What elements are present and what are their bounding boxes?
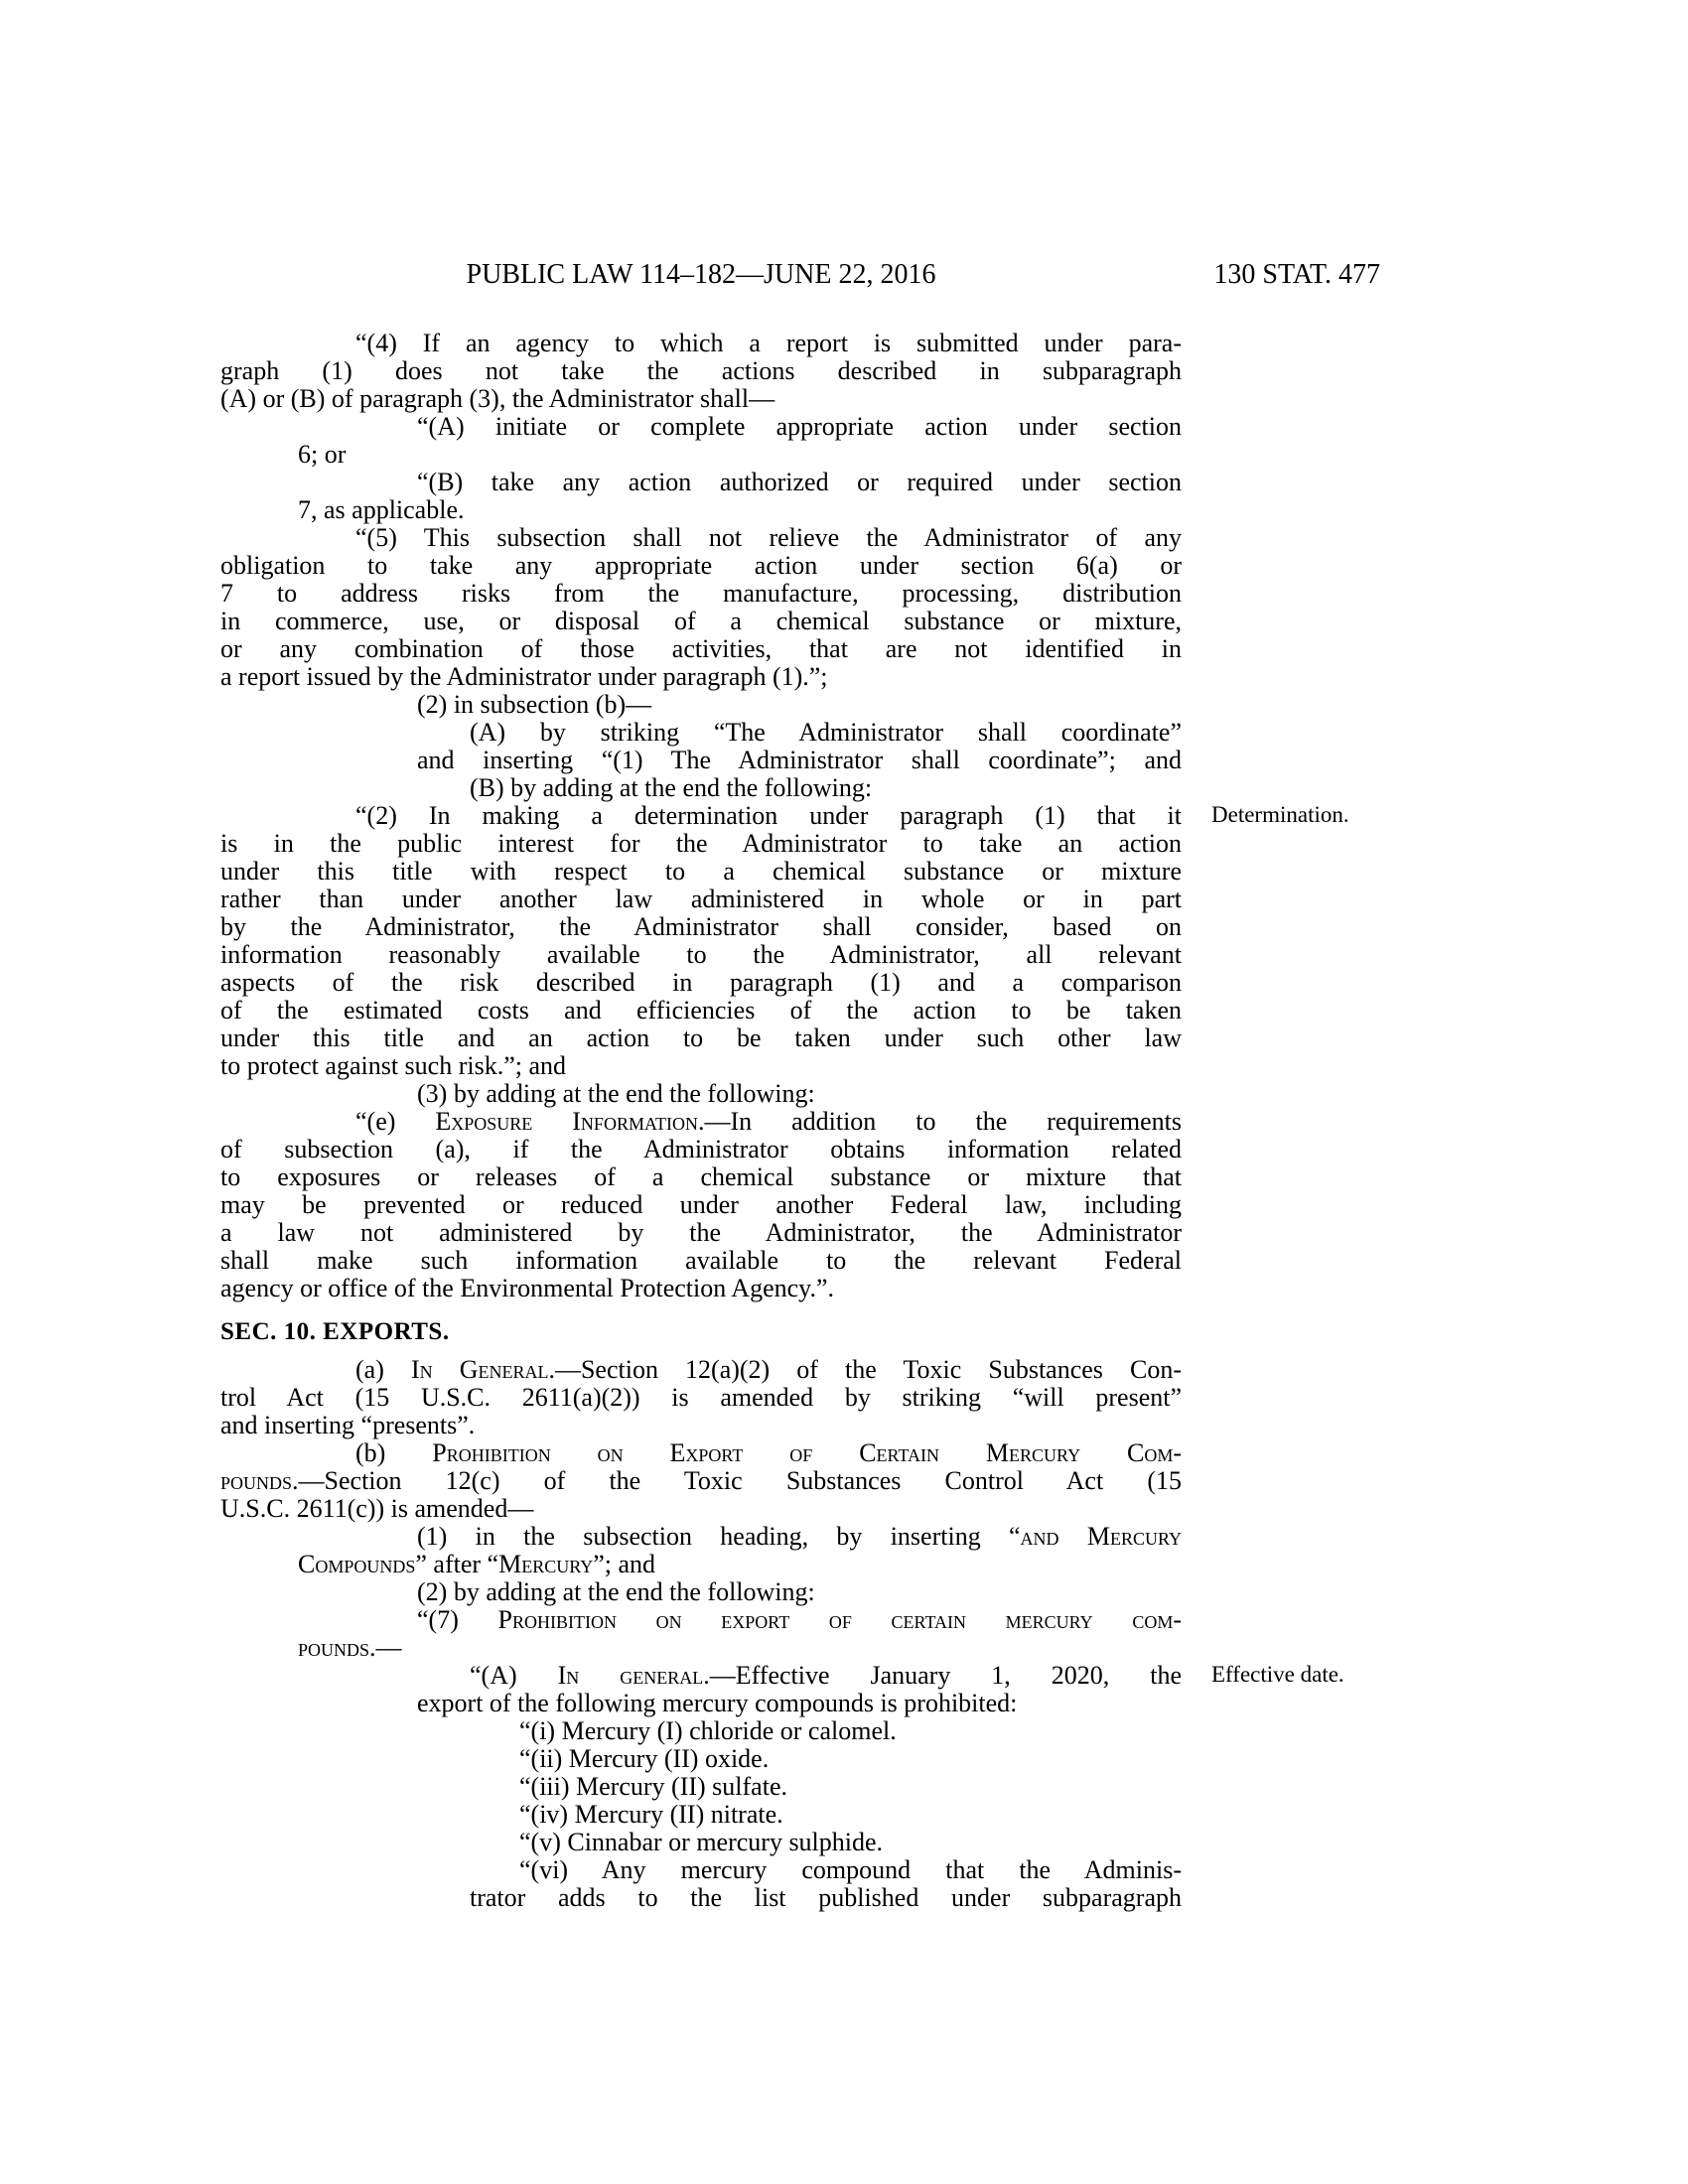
text-line: or any combination of those activities, … <box>220 635 1182 663</box>
text-line: (b) Prohibition on Export of Certain Mer… <box>355 1439 1182 1467</box>
text-line: may be prevented or reduced under anothe… <box>220 1191 1182 1219</box>
text-line: “(e) Exposure Information.—In addition t… <box>355 1108 1182 1136</box>
text-line: “(vi) Any mercury compound that the Admi… <box>519 1856 1182 1884</box>
text-line: under this title and an action to be tak… <box>220 1024 1182 1052</box>
text-line: “(A) In general.—Effective January 1, 20… <box>470 1662 1182 1690</box>
text-segment: trol Act (15 U.S.C. 2611(a)(2)) is amend… <box>220 1383 1182 1412</box>
small-caps-text: pounds <box>220 1466 292 1495</box>
text-segment: “(iii) Mercury (II) sulfate. <box>519 1772 787 1801</box>
text-segment: (B) by adding at the end the following: <box>470 773 872 802</box>
text-segment: shall make such information available to… <box>220 1246 1182 1275</box>
text-segment: (A) by striking “The Administrator shall… <box>470 718 1182 747</box>
text-segment: SEC. 10. EXPORTS. <box>220 1318 450 1345</box>
page-header-law-title: PUBLIC LAW 114–182—JUNE 22, 2016 <box>220 260 1182 290</box>
text-segment: under this title and an action to be tak… <box>220 1024 1182 1052</box>
text-segment: obligation to take any appropriate actio… <box>220 551 1182 580</box>
text-segment: in commerce, use, or disposal of a chemi… <box>220 607 1182 635</box>
text-line: pounds.—Section 12(c) of the Toxic Subst… <box>220 1467 1182 1495</box>
text-segment: to exposures or releases of a chemical s… <box>220 1162 1182 1191</box>
text-line: a law not administered by the Administra… <box>220 1219 1182 1247</box>
text-line: is in the public interest for the Admini… <box>220 830 1182 858</box>
text-line: in commerce, use, or disposal of a chemi… <box>220 608 1182 635</box>
text-line: by the Administrator, the Administrator … <box>220 913 1182 941</box>
text-line: agency or office of the Environmental Pr… <box>220 1275 834 1302</box>
text-segment: (A) or (B) of paragraph (3), the Adminis… <box>220 384 774 413</box>
text-line: “(B) take any action authorized or requi… <box>417 469 1182 496</box>
text-line: “(4) If an agency to which a report is s… <box>355 330 1182 357</box>
text-segment: “(vi) Any mercury compound that the Admi… <box>519 1855 1182 1884</box>
text-segment: “(A) <box>470 1661 558 1690</box>
text-line: rather than under another law administer… <box>220 886 1182 913</box>
text-segment: “(B) take any action authorized or requi… <box>417 468 1182 496</box>
text-segment: .—Section 12(c) of the Toxic Substances … <box>292 1466 1182 1495</box>
text-line: “(v) Cinnabar or mercury sulphide. <box>519 1829 883 1856</box>
text-segment: “(iv) Mercury (II) nitrate. <box>519 1800 783 1829</box>
text-segment: “(A) initiate or complete appropriate ac… <box>417 412 1182 441</box>
text-segment: and inserting “presents”. <box>220 1411 475 1439</box>
text-segment: or any combination of those activities, … <box>220 634 1182 663</box>
text-segment: rather than under another law administer… <box>220 885 1182 913</box>
text-line: “(ii) Mercury (II) oxide. <box>519 1745 769 1773</box>
text-line: “(7) Prohibition on export of certain me… <box>417 1606 1182 1634</box>
text-segment: “(i) Mercury (I) chloride or calomel. <box>519 1716 897 1745</box>
text-segment: by the Administrator, the Administrator … <box>220 912 1182 941</box>
text-segment: (a) <box>355 1355 411 1384</box>
text-line: U.S.C. 2611(c)) is amended— <box>220 1495 533 1523</box>
text-segment: .—Section 12(a)(2) of the Toxic Substanc… <box>548 1355 1182 1384</box>
text-line: and inserting “presents”. <box>220 1412 475 1439</box>
text-line: and inserting “(1) The Administrator sha… <box>417 747 1182 774</box>
text-segment: a law not administered by the Administra… <box>220 1218 1182 1247</box>
text-segment: .— <box>369 1633 402 1662</box>
text-line: (A) or (B) of paragraph (3), the Adminis… <box>220 385 774 413</box>
text-segment: may be prevented or reduced under anothe… <box>220 1190 1182 1219</box>
small-caps-text: and Mercury <box>1021 1522 1182 1551</box>
text-segment: “(4) If an agency to which a report is s… <box>355 329 1182 357</box>
text-line: 6; or <box>298 441 346 469</box>
text-segment: export of the following mercury compound… <box>417 1689 1017 1717</box>
section-heading: SEC. 10. EXPORTS. <box>220 1318 450 1346</box>
text-line: (B) by adding at the end the following: <box>470 774 872 802</box>
text-segment: (b) <box>355 1438 432 1467</box>
text-segment: graph (1) does not take the actions desc… <box>220 356 1182 385</box>
text-segment: (2) by adding at the end the following: <box>417 1577 815 1606</box>
text-segment: “(7) <box>417 1605 498 1634</box>
text-line: aspects of the risk described in paragra… <box>220 969 1182 997</box>
text-segment: “(2) In making a determination under par… <box>355 801 1182 830</box>
text-segment: (1) in the subsection heading, by insert… <box>417 1522 1021 1551</box>
text-segment: “(v) Cinnabar or mercury sulphide. <box>519 1828 883 1856</box>
margin-note: Effective date. <box>1211 1662 1400 1688</box>
text-line: graph (1) does not take the actions desc… <box>220 357 1182 385</box>
text-segment: a report issued by the Administrator und… <box>220 662 828 691</box>
page-header-stat-number: 130 STAT. 477 <box>1132 260 1380 290</box>
text-line: of the estimated costs and efficiencies … <box>220 997 1182 1024</box>
small-caps-text: In general <box>558 1661 704 1690</box>
text-line: information reasonably available to the … <box>220 941 1182 969</box>
small-caps-text: Exposure Information <box>435 1107 698 1136</box>
text-segment: under this title with respect to a chemi… <box>220 857 1182 886</box>
text-segment: is in the public interest for the Admini… <box>220 829 1182 858</box>
text-line: (A) by striking “The Administrator shall… <box>470 719 1182 747</box>
text-segment: ”; and <box>593 1550 655 1578</box>
text-segment: .—In addition to the requirements <box>698 1107 1182 1136</box>
text-segment: “(e) <box>355 1107 435 1136</box>
margin-note: Determination. <box>1211 802 1400 828</box>
text-line: to exposures or releases of a chemical s… <box>220 1163 1182 1191</box>
text-line: “(2) In making a determination under par… <box>355 802 1182 830</box>
text-line: “(5) This subsection shall not relieve t… <box>355 524 1182 552</box>
text-line: export of the following mercury compound… <box>417 1690 1017 1717</box>
text-segment: aspects of the risk described in paragra… <box>220 968 1182 997</box>
text-segment: to protect against such risk.”; and <box>220 1051 566 1080</box>
text-segment: “(ii) Mercury (II) oxide. <box>519 1744 769 1773</box>
text-line: obligation to take any appropriate actio… <box>220 552 1182 580</box>
small-caps-text: In General <box>411 1355 549 1384</box>
text-line: trol Act (15 U.S.C. 2611(a)(2)) is amend… <box>220 1384 1182 1412</box>
small-caps-text: Prohibition on export of certain mercury… <box>498 1605 1182 1634</box>
small-caps-text: Compounds <box>298 1550 415 1578</box>
text-segment: 6; or <box>298 440 346 469</box>
text-segment: ” after “ <box>415 1550 498 1578</box>
text-line: “(A) initiate or complete appropriate ac… <box>417 413 1182 441</box>
small-caps-text: pounds <box>298 1633 369 1662</box>
text-line: shall make such information available to… <box>220 1247 1182 1275</box>
text-segment: information reasonably available to the … <box>220 940 1182 969</box>
text-line: trator adds to the list published under … <box>470 1884 1182 1912</box>
text-line: pounds.— <box>298 1634 402 1662</box>
text-segment: agency or office of the Environmental Pr… <box>220 1274 834 1302</box>
text-line: “(i) Mercury (I) chloride or calomel. <box>519 1717 897 1745</box>
text-segment: trator adds to the list published under … <box>470 1883 1182 1912</box>
text-segment: .—Effective January 1, 2020, the <box>703 1661 1182 1690</box>
text-line: a report issued by the Administrator und… <box>220 663 828 691</box>
text-segment: of the estimated costs and efficiencies … <box>220 996 1182 1024</box>
text-line: (2) by adding at the end the following: <box>417 1578 815 1606</box>
text-line: Compounds” after “Mercury”; and <box>298 1551 655 1578</box>
statute-page: PUBLIC LAW 114–182—JUNE 22, 2016 130 STA… <box>0 0 1688 2184</box>
text-line: 7, as applicable. <box>298 496 465 524</box>
text-segment: “(5) This subsection shall not relieve t… <box>355 523 1182 552</box>
text-line: of subsection (a), if the Administrator … <box>220 1136 1182 1163</box>
text-line: “(iv) Mercury (II) nitrate. <box>519 1801 783 1829</box>
text-segment: of subsection (a), if the Administrator … <box>220 1135 1182 1163</box>
text-segment: (3) by adding at the end the following: <box>417 1079 815 1108</box>
text-line: (3) by adding at the end the following: <box>417 1080 815 1108</box>
text-segment: and inserting “(1) The Administrator sha… <box>417 746 1182 774</box>
small-caps-text: Prohibition on Export of Certain Mercury… <box>432 1438 1182 1467</box>
text-line: “(iii) Mercury (II) sulfate. <box>519 1773 787 1801</box>
text-line: (1) in the subsection heading, by insert… <box>417 1523 1182 1551</box>
text-line: 7 to address risks from the manufacture,… <box>220 580 1182 608</box>
small-caps-text: Mercury <box>498 1550 593 1578</box>
text-segment: U.S.C. 2611(c)) is amended— <box>220 1494 533 1523</box>
text-line: (a) In General.—Section 12(a)(2) of the … <box>355 1356 1182 1384</box>
text-line: to protect against such risk.”; and <box>220 1052 566 1080</box>
text-segment: 7, as applicable. <box>298 495 465 524</box>
text-line: under this title with respect to a chemi… <box>220 858 1182 886</box>
text-line: (2) in subsection (b)— <box>417 691 651 719</box>
text-segment: 7 to address risks from the manufacture,… <box>220 579 1182 608</box>
text-segment: (2) in subsection (b)— <box>417 690 651 719</box>
